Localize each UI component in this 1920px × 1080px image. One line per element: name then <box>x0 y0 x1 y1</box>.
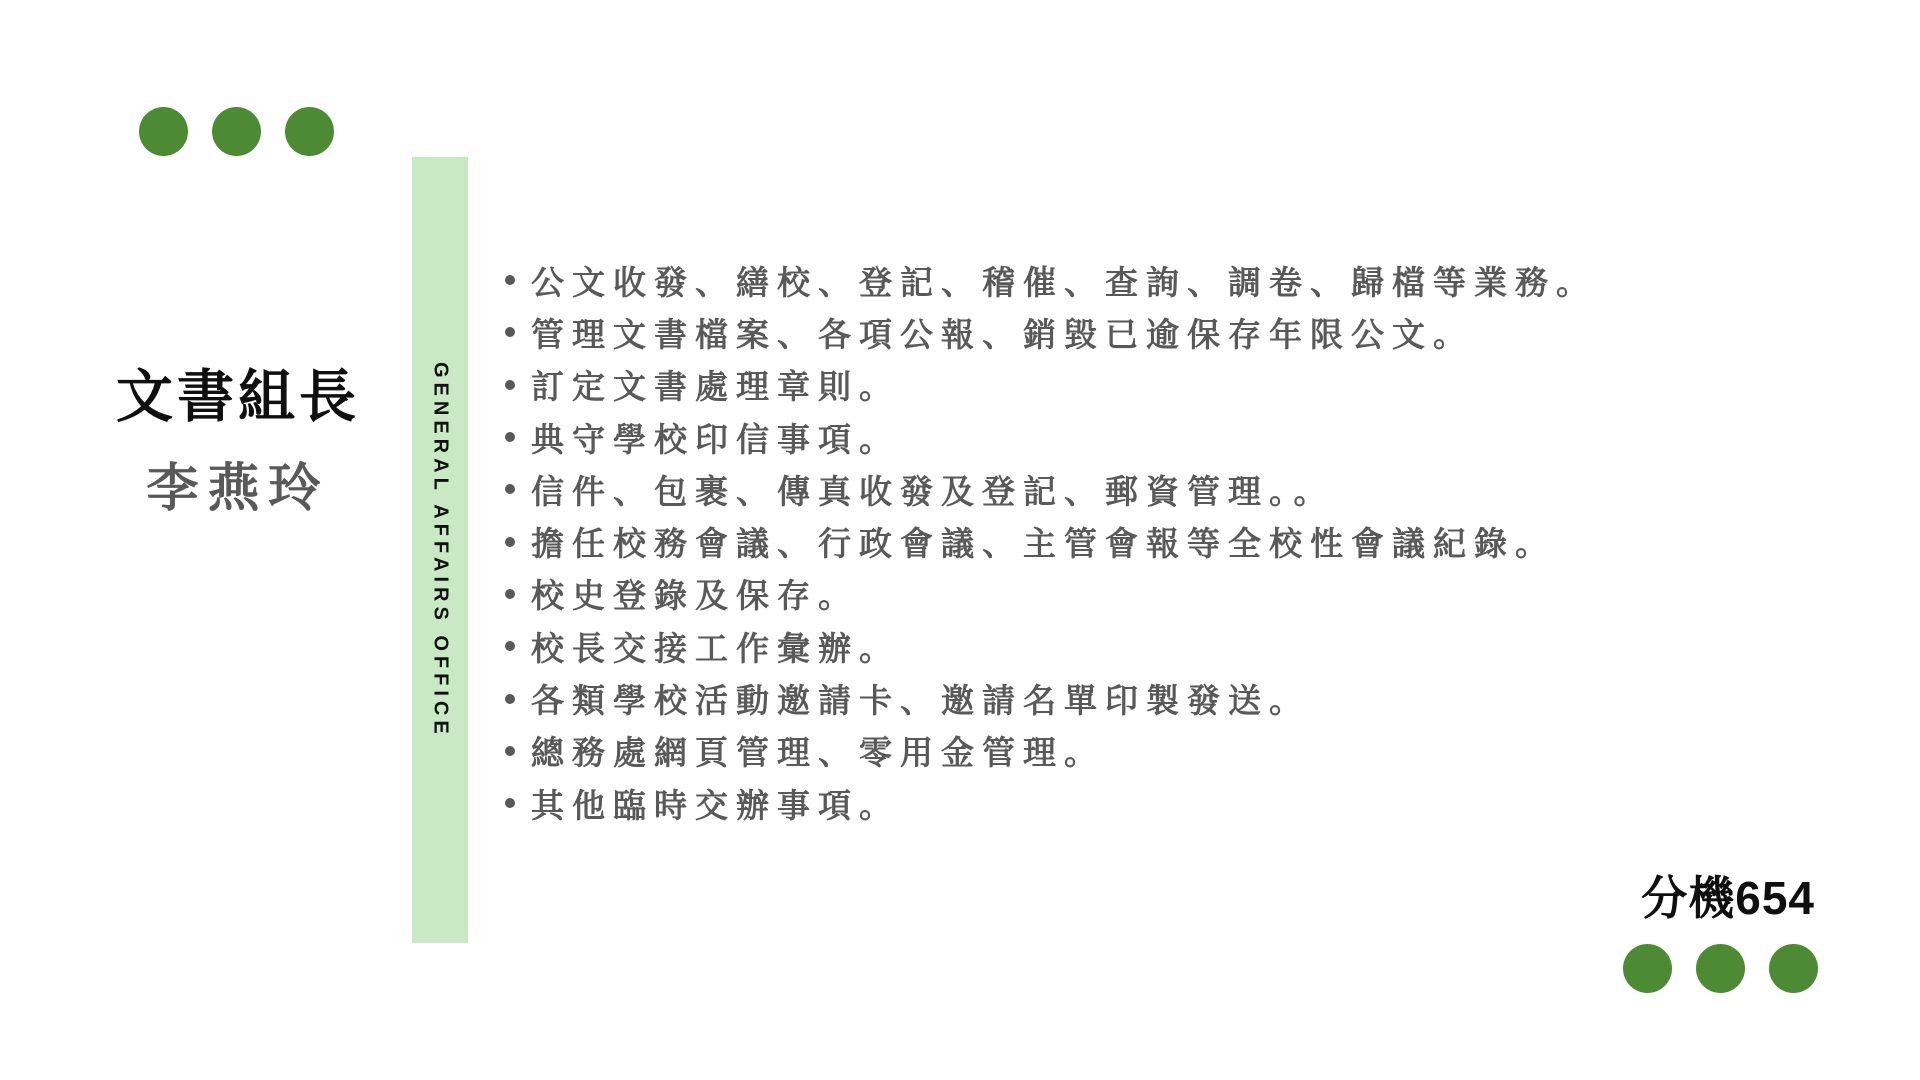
duty-item: 校史登錄及保存。 <box>505 568 1705 620</box>
bottom-right-dots <box>1623 944 1818 993</box>
person-name: 李燕玲 <box>78 461 398 518</box>
green-dot-icon <box>285 107 334 156</box>
title-block: 文書組長 李燕玲 <box>78 362 398 518</box>
green-dot-icon <box>1769 944 1818 993</box>
duty-item: 其他臨時交辦事項。 <box>505 777 1705 829</box>
slide-canvas: 文書組長 李燕玲 GENERAL AFFAIRS OFFICE 公文收發、繕校、… <box>0 0 1920 1080</box>
duty-item: 各類學校活動邀請卡、邀請名單印製發送。 <box>505 672 1705 724</box>
duty-item: 信件、包裹、傳真收發及登記、郵資管理。。 <box>505 463 1705 515</box>
green-dot-icon <box>139 107 188 156</box>
duty-item: 典守學校印信事項。 <box>505 411 1705 463</box>
green-dot-icon <box>1623 944 1672 993</box>
duty-item: 管理文書檔案、各項公報、銷毀已逾保存年限公文。 <box>505 306 1705 358</box>
phone-extension: 分機654 <box>1641 862 1815 928</box>
duty-item: 訂定文書處理章則。 <box>505 359 1705 411</box>
department-label: GENERAL AFFAIRS OFFICE <box>429 362 452 739</box>
role-title: 文書組長 <box>78 362 398 433</box>
green-dot-icon <box>1696 944 1745 993</box>
duty-item: 總務處網頁管理、零用金管理。 <box>505 725 1705 777</box>
top-left-dots <box>139 107 334 156</box>
duty-item: 公文收發、繕校、登記、稽催、查詢、調卷、歸檔等業務。 <box>505 254 1705 306</box>
duties-list: 公文收發、繕校、登記、稽催、查詢、調卷、歸檔等業務。 管理文書檔案、各項公報、銷… <box>505 254 1705 829</box>
duty-item: 擔任校務會議、行政會議、主管會報等全校性會議紀錄。 <box>505 515 1705 567</box>
duty-item: 校長交接工作彙辦。 <box>505 620 1705 672</box>
green-dot-icon <box>212 107 261 156</box>
department-side-bar: GENERAL AFFAIRS OFFICE <box>412 157 468 943</box>
